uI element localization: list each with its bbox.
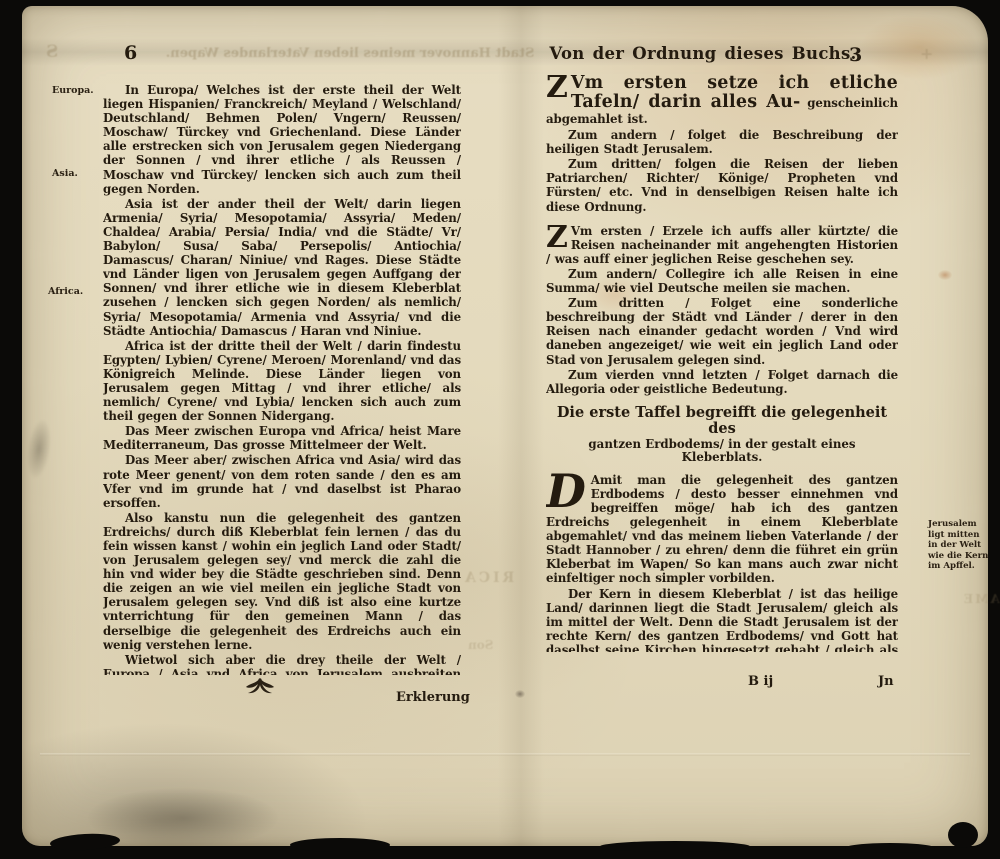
right-catchword: Jn	[878, 674, 894, 689]
subheading-line3: Kleberblats.	[546, 451, 898, 465]
deckle-bite	[600, 841, 750, 852]
paragraph-mittelmeer: Das Meer zwischen Europa vnd Africa/ hei…	[103, 424, 461, 452]
margin-note-line: in der Welt	[928, 540, 994, 551]
running-title: Von der Ordnung dieses Buchs.	[545, 44, 861, 63]
subheading-line1: Die erste Taffel begreifft die gelegenhe…	[546, 405, 898, 438]
paragraph-zum-ersten-tafeln: ZVm ersten setze ich etliche Tafeln/ dar…	[546, 74, 898, 126]
deckle-bite	[948, 822, 978, 848]
signature-mark: B ij	[748, 674, 773, 689]
left-page-number: 6	[124, 42, 137, 64]
margin-note-line: im Apffel.	[928, 561, 994, 572]
margin-note-line: wie die Kern	[928, 551, 994, 562]
fleuron-icon	[238, 676, 282, 700]
ornate-initial-d: D	[546, 473, 586, 509]
margin-note-europa: Europa.	[52, 86, 94, 97]
drop-cap-z: Z	[546, 225, 568, 251]
kleberblat-text: Amit man die gelegenheit des gantzen Erd…	[546, 473, 898, 586]
deckle-bite	[845, 843, 935, 853]
paragraph-africa: Africa ist der dritte theil der Welt / d…	[103, 339, 461, 424]
paragraph-zum-andern-jerusalem: Zum andern / folget die Beschreibung der…	[546, 128, 898, 156]
horizontal-crease	[40, 753, 970, 756]
paragraph-wietwol: Wietwol sich aber die drey theile der We…	[103, 653, 461, 675]
right-page-text-block: ZVm ersten setze ich etliche Tafeln/ dar…	[546, 74, 898, 652]
margin-note-africa: Africa.	[48, 287, 83, 298]
paragraph-europa: In Europa/ Welches ist der erste theil d…	[103, 83, 461, 196]
paragraph-zum-dritten-reisen: Zum dritten/ folgen die Reisen der liebe…	[546, 157, 898, 213]
ordnung-first-text: Vm ersten / Erzele ich auffs aller kürtz…	[546, 224, 898, 266]
paragraph-asia: Asia ist der ander theil der Welt/ darin…	[103, 197, 461, 338]
margin-note-asia: Asia.	[52, 169, 78, 180]
left-page-text-block: In Europa/ Welches ist der erste theil d…	[103, 83, 461, 675]
right-page-number: 3	[849, 44, 862, 66]
paragraph-ordnung-andern: Zum andern/ Collegire ich alle Reisen in…	[546, 267, 898, 295]
scanned-book-spread: Stadt Hannover meines lieben Vaterlandes…	[0, 0, 1000, 859]
deckle-bite	[290, 838, 390, 852]
left-catchword: Erklerung	[396, 690, 470, 705]
paragraph-damit-kleberblat: DAmit man die gelegenheit des gantzen Er…	[546, 473, 898, 586]
margin-note-jerusalem: Jerusalem ligt mitten in der Welt wie di…	[928, 519, 994, 572]
paragraph-kleberblat-lernen: Also kanstu nun die gelegenheit des gant…	[103, 511, 461, 652]
paragraph-ordnung-vierden: Zum vierden vnnd letzten / Folget darnac…	[546, 368, 898, 396]
subheading-line2: gantzen Erdbodems/ in der gestalt eines	[546, 438, 898, 452]
margin-note-line: Jerusalem	[928, 519, 994, 530]
drop-cap-z: Z	[546, 75, 568, 101]
paragraph-rotes-meer: Das Meer aber/ zwischen Africa vnd Asia/…	[103, 453, 461, 509]
paragraph-kern: Der Kern in diesem Kleberblat / ist das …	[546, 587, 898, 652]
margin-note-line: ligt mitten	[928, 530, 994, 541]
paragraph-ordnung-dritten: Zum dritten / Folget eine sonderliche be…	[546, 296, 898, 366]
paragraph-ordnung-erstens: ZVm ersten / Erzele ich auffs aller kürt…	[546, 224, 898, 266]
section-subheading: Die erste Taffel begreifft die gelegenhe…	[546, 405, 898, 465]
gutter-shadow	[498, 6, 544, 846]
